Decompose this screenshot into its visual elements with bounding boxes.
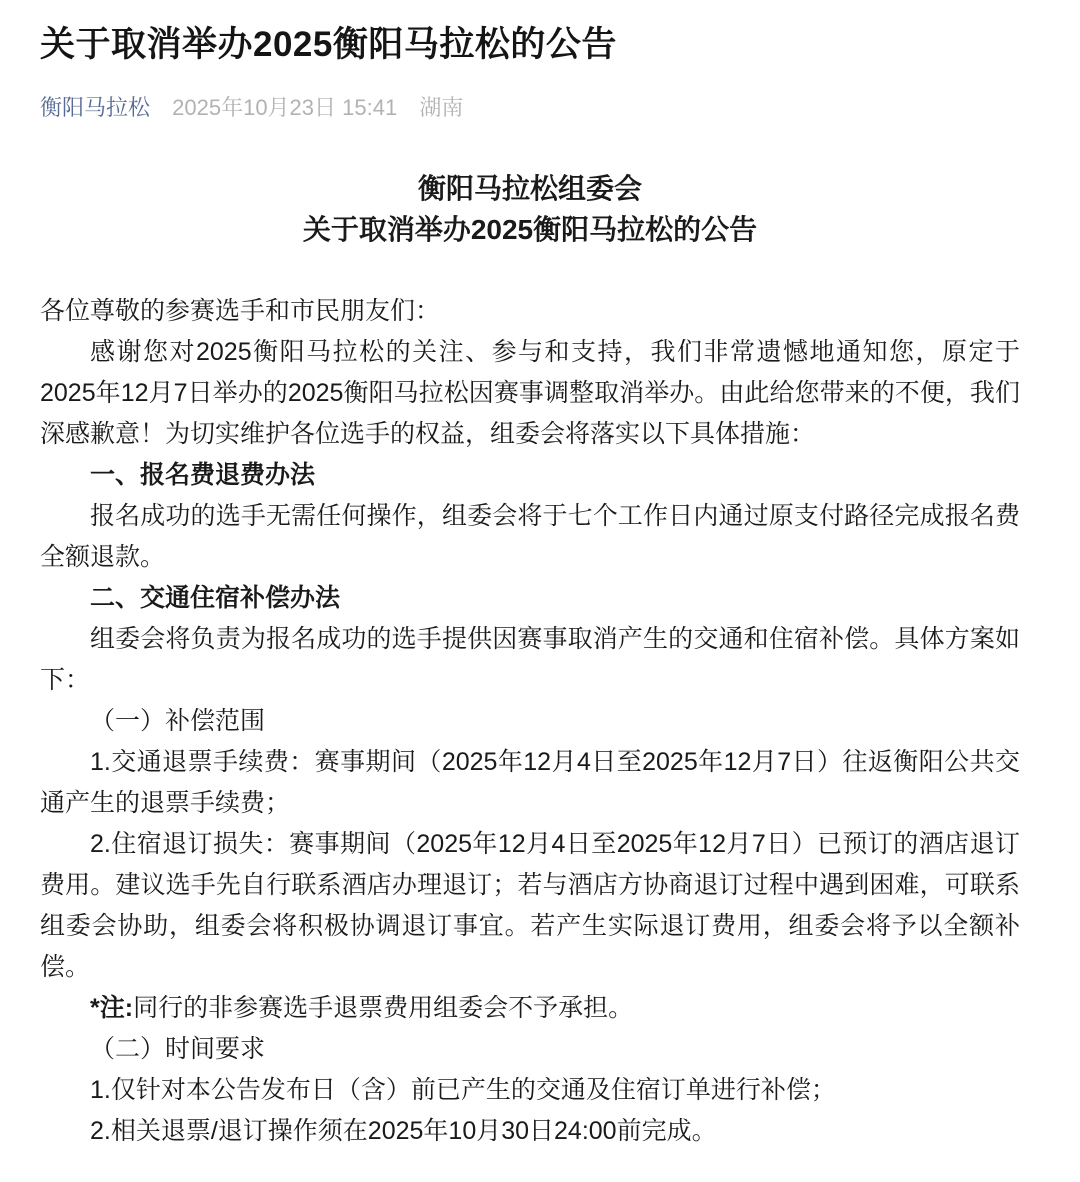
note-label: *注: [90, 994, 133, 1022]
subsection-1-item-2: 2.住宿退订损失：赛事期间（2025年12月4日至2025年12月7日）已预订的… [40, 824, 1020, 988]
spacer-line [40, 250, 1020, 291]
subsection-1-item-1: 1.交通退票手续费：赛事期间（2025年12月4日至2025年12月7日）往返衡… [40, 742, 1020, 824]
section-2-intro: 组委会将负责为报名成功的选手提供因赛事取消产生的交通和住宿补偿。具体方案如下： [40, 619, 1020, 701]
note-line: *注:同行的非参赛选手退票费用组委会不予承担。 [40, 988, 1020, 1029]
paragraph-intro: 感谢您对2025衡阳马拉松的关注、参与和支持，我们非常遗憾地通知您，原定于202… [40, 332, 1020, 455]
section-1-heading: 一、报名费退费办法 [40, 455, 1020, 496]
section-2-heading: 二、交通住宿补偿办法 [40, 578, 1020, 619]
article-body: 衡阳马拉松组委会 关于取消举办2025衡阳马拉松的公告 各位尊敬的参赛选手和市民… [40, 168, 1020, 1152]
subsection-2-heading: （二）时间要求 [40, 1029, 1020, 1070]
subsection-1-heading: （一）补偿范围 [40, 701, 1020, 742]
account-name-link[interactable]: 衡阳马拉松 [40, 95, 150, 120]
byline: 衡阳马拉松 2025年10月23日 15:41 湖南 [40, 93, 1020, 123]
publish-date: 2025年10月23日 15:41 [172, 95, 397, 120]
article-title: 关于取消举办2025衡阳马拉松的公告 [40, 20, 1020, 69]
org-heading: 衡阳马拉松组委会 [40, 168, 1020, 209]
publish-region: 湖南 [419, 95, 463, 120]
section-1-body: 报名成功的选手无需任何操作，组委会将于七个工作日内通过原支付路径完成报名费全额退… [40, 496, 1020, 578]
subsection-2-item-1: 1.仅针对本公告发布日（含）前已产生的交通及住宿订单进行补偿； [40, 1070, 1020, 1111]
doc-heading: 关于取消举办2025衡阳马拉松的公告 [40, 209, 1020, 250]
subsection-2-item-2: 2.相关退票/退订操作须在2025年10月30日24:00前完成。 [40, 1111, 1020, 1152]
article-page: 关于取消举办2025衡阳马拉松的公告 衡阳马拉松 2025年10月23日 15:… [0, 0, 1080, 1182]
salutation: 各位尊敬的参赛选手和市民朋友们： [40, 291, 1020, 332]
note-text: 同行的非参赛选手退票费用组委会不予承担。 [133, 994, 633, 1022]
